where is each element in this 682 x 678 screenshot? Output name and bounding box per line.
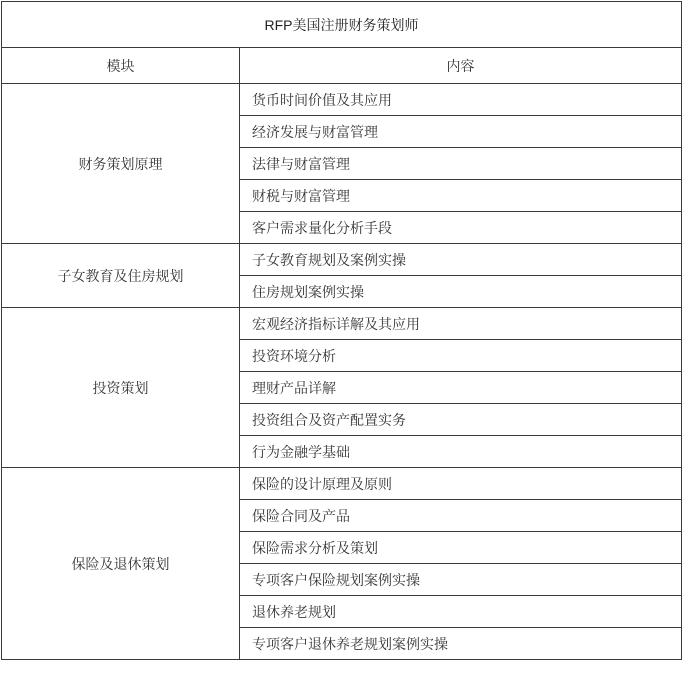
content-cell: 投资组合及资产配置实务: [240, 404, 682, 436]
content-cell: 货币时间价值及其应用: [240, 84, 682, 116]
title-row: RFP美国注册财务策划师: [2, 2, 682, 48]
content-cell: 保险合同及产品: [240, 500, 682, 532]
course-table: RFP美国注册财务策划师 模块 内容 财务策划原理货币时间价值及其应用经济发展与…: [1, 1, 682, 660]
table-title: RFP美国注册财务策划师: [2, 2, 682, 48]
content-cell: 住房规划案例实操: [240, 276, 682, 308]
content-cell: 行为金融学基础: [240, 436, 682, 468]
module-cell: 保险及退休策划: [2, 468, 240, 660]
module-cell: 子女教育及住房规划: [2, 244, 240, 308]
table-row: 财务策划原理货币时间价值及其应用: [2, 84, 682, 116]
content-cell: 宏观经济指标详解及其应用: [240, 308, 682, 340]
table-body: 财务策划原理货币时间价值及其应用经济发展与财富管理法律与财富管理财税与财富管理客…: [2, 84, 682, 660]
content-cell: 保险需求分析及策划: [240, 532, 682, 564]
content-cell: 保险的设计原理及原则: [240, 468, 682, 500]
content-cell: 投资环境分析: [240, 340, 682, 372]
module-cell: 财务策划原理: [2, 84, 240, 244]
content-cell: 子女教育规划及案例实操: [240, 244, 682, 276]
content-cell: 法律与财富管理: [240, 148, 682, 180]
table-row: 保险及退休策划保险的设计原理及原则: [2, 468, 682, 500]
column-header-module: 模块: [2, 48, 240, 84]
content-cell: 财税与财富管理: [240, 180, 682, 212]
content-cell: 经济发展与财富管理: [240, 116, 682, 148]
content-cell: 理财产品详解: [240, 372, 682, 404]
column-header-content: 内容: [240, 48, 682, 84]
content-cell: 客户需求量化分析手段: [240, 212, 682, 244]
header-row: 模块 内容: [2, 48, 682, 84]
content-cell: 专项客户保险规划案例实操: [240, 564, 682, 596]
module-cell: 投资策划: [2, 308, 240, 468]
content-cell: 退休养老规划: [240, 596, 682, 628]
table-row: 投资策划宏观经济指标详解及其应用: [2, 308, 682, 340]
content-cell: 专项客户退休养老规划案例实操: [240, 628, 682, 660]
table-row: 子女教育及住房规划子女教育规划及案例实操: [2, 244, 682, 276]
page: RFP美国注册财务策划师 模块 内容 财务策划原理货币时间价值及其应用经济发展与…: [0, 0, 682, 678]
